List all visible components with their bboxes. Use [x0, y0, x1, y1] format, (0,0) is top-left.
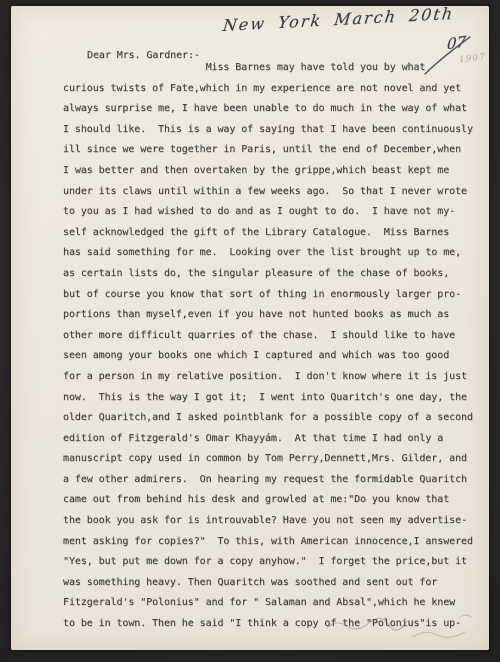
- letter-body: Miss Barnes may have told you by whatcur…: [63, 62, 483, 639]
- typed-line: came out from behind his desk and growle…: [63, 494, 483, 515]
- typed-line: as certain lists do, the singular pleasu…: [63, 268, 483, 289]
- handwritten-date: New York March 20th: [222, 2, 492, 35]
- typed-line: older Quaritch,and I asked pointblank fo…: [63, 412, 483, 433]
- typed-line: for a person in my relative position. I …: [63, 371, 483, 392]
- typed-line: Fitzgerald's "Polonius" and for " Salama…: [63, 597, 483, 618]
- photo-background: New York March 20th 07 1907 Dear Mrs. Ga…: [0, 0, 500, 662]
- typed-line: was something heavy. Then Quaritch was s…: [63, 577, 483, 598]
- typed-line: has said something for me. Looking over …: [63, 247, 483, 268]
- typed-line: ill since we were together in Paris, unt…: [63, 144, 483, 165]
- typed-line: I should like. This is a way of saying t…: [63, 124, 483, 145]
- typed-line: manuscript copy used in common by Tom Pe…: [63, 453, 483, 474]
- letter-paper: New York March 20th 07 1907 Dear Mrs. Ga…: [11, 6, 489, 650]
- typed-line: "Yes, but put me down for a copy anyhow.…: [63, 556, 483, 577]
- typed-line: seen among your books one which I captur…: [63, 350, 483, 371]
- typed-line: now. This is the way I got it; I went in…: [63, 392, 483, 413]
- typed-line: the book you ask for is introuvable? Hav…: [63, 515, 483, 536]
- typed-line: edition of Fitzgerald's Omar Khayyám. At…: [63, 433, 483, 454]
- typed-line: but of course you know that sort of thin…: [63, 289, 483, 310]
- typed-line: a few other admirers. On hearing my requ…: [63, 474, 483, 495]
- handwritten-year: 07: [446, 32, 466, 53]
- typed-line: Miss Barnes may have told you by what: [63, 62, 483, 83]
- typed-line: to be in town. Then he said "I think a c…: [63, 618, 483, 639]
- typed-line: portions than myself,even if you have no…: [63, 309, 483, 330]
- typed-line: curious twists of Fate,which in my exper…: [63, 83, 483, 104]
- typed-line: to you as I had wished to do and as I ou…: [63, 206, 483, 227]
- salutation: Dear Mrs. Gardner:-: [87, 50, 200, 61]
- typed-line: under its claws until within a few weeks…: [63, 186, 483, 207]
- typed-line: self acknowledged the gift of the Librar…: [63, 227, 483, 248]
- typed-line: ment asking for copies?" To this, with A…: [63, 536, 483, 557]
- typed-line: I was better and then overtaken by the g…: [63, 165, 483, 186]
- typed-line: always surprise me, I have been unable t…: [63, 103, 483, 124]
- typed-line: other more difficult quarries of the cha…: [63, 330, 483, 351]
